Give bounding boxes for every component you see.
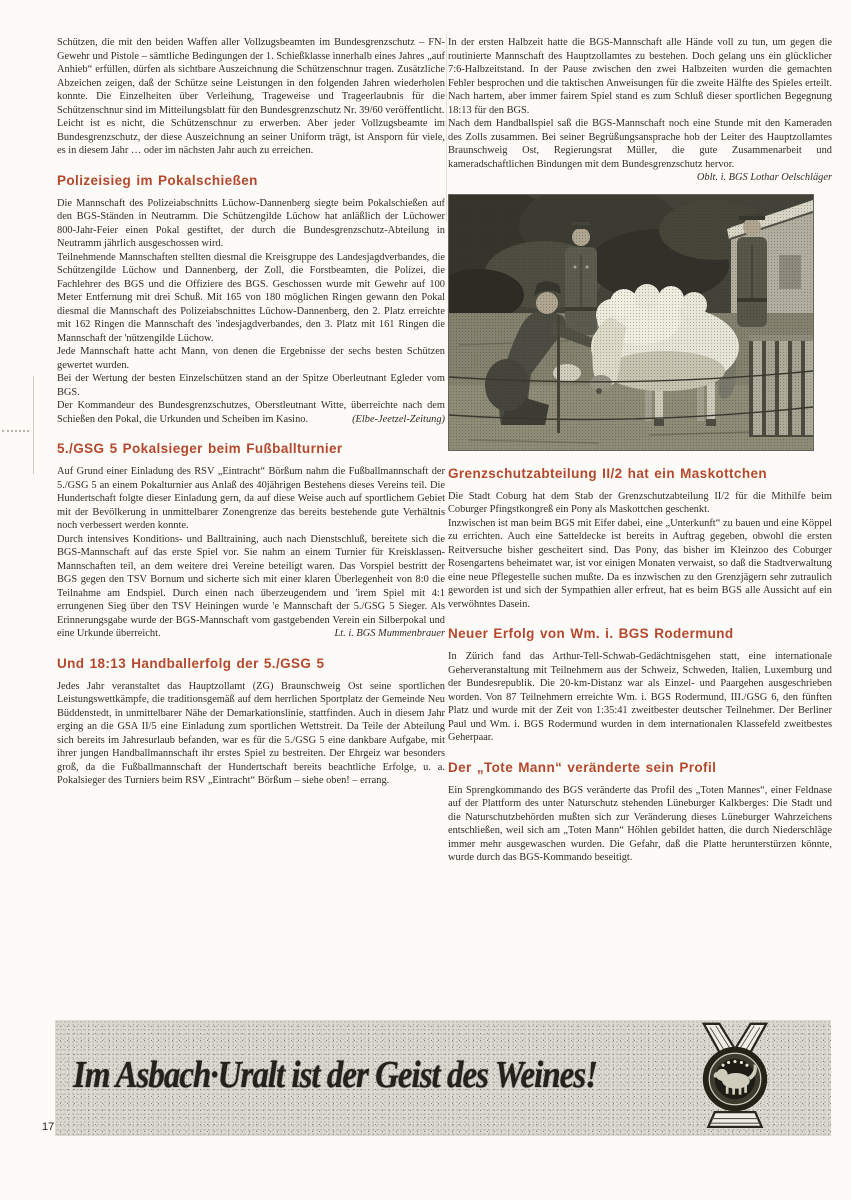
paragraph: Bei der Wertung der besten Einzelschütze…	[57, 372, 445, 399]
margin-mark	[2, 430, 29, 432]
left-column: Schützen, die mit den beiden Waffen alle…	[57, 36, 445, 788]
page-number: 17	[42, 1121, 54, 1133]
magazine-page: Schützen, die mit den beiden Waffen alle…	[0, 0, 851, 1200]
right-column: In der ersten Halbzeit hatte die BGS-Man…	[448, 36, 832, 865]
section-heading-toter-mann: Der „Tote Mann“ veränderte sein Profil	[448, 760, 832, 775]
paragraph: Teilnehmende Mannschaften stellten diesm…	[57, 251, 445, 346]
fence-crate	[749, 335, 813, 437]
paragraph: Durch intensives Konditions- und Balltra…	[57, 533, 445, 641]
paragraph: Nach dem Handballspiel saß die BGS-Manns…	[448, 117, 832, 171]
asbach-advert-banner: Im Asbach·Uralt ist der Geist des Weines…	[55, 1020, 831, 1136]
advert-slogan: Im Asbach·Uralt ist der Geist des Weines…	[73, 1055, 597, 1097]
section-heading-handballerfolg: Und 18:13 Handballerfolg der 5./GSG 5	[57, 656, 445, 671]
paragraph: In Zürich fand das Arthur-Tell-Schwab-Ge…	[448, 650, 832, 745]
paragraph: In der ersten Halbzeit hatte die BGS-Man…	[448, 36, 832, 117]
section-heading-maskottchen: Grenzschutzabteilung II/2 hat ein Maskot…	[448, 466, 832, 481]
section-heading-fussballturnier: 5./GSG 5 Pokalsieger beim Fußballturnier	[57, 441, 445, 456]
paragraph: Die Stadt Coburg hat dem Stab der Grenzs…	[448, 490, 832, 517]
pony-photo-illustration	[449, 195, 813, 450]
pony-photo	[448, 194, 814, 451]
paragraph: Die Mannschaft des Polizeiabschnitts Lüc…	[57, 197, 445, 251]
scan-fold-line	[33, 376, 34, 474]
paragraph: Schützen, die mit den beiden Waffen alle…	[57, 36, 445, 117]
section-heading-pokalschiessen: Polizeisieg im Pokalschießen	[57, 173, 445, 188]
section-heading-rodermund: Neuer Erfolg von Wm. i. BGS Rodermund	[448, 626, 832, 641]
paragraph: Ein Sprengkommando des BGS veränderte da…	[448, 784, 832, 865]
paragraph: Auf Grund einer Einladung des RSV „Eintr…	[57, 465, 445, 533]
byline-author: Oblt. i. BGS Lothar Oelschläger	[448, 171, 832, 185]
paragraph: Leicht ist es nicht, die Schützenschnur …	[57, 117, 445, 158]
column-divider-line	[446, 34, 447, 222]
asbach-seal-icon	[689, 1022, 781, 1136]
paragraph: Inzwischen ist man beim BGS mit Eifer da…	[448, 517, 832, 612]
paragraph: Jede Mannschaft hatte acht Mann, von den…	[57, 345, 445, 372]
paragraph: Jedes Jahr veranstaltet das Hauptzollamt…	[57, 680, 445, 788]
